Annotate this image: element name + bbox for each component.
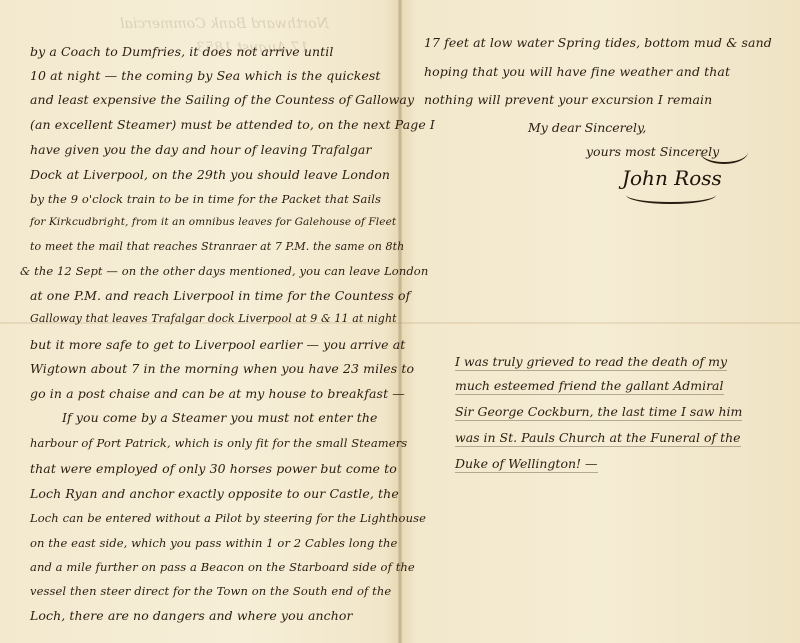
letter-line: by the 9 o'clock train to be in time for… — [30, 192, 381, 206]
letter-document: Northward Bank Commercial 17 August 1853… — [0, 0, 800, 643]
letter-line: nothing will prevent your excursion I re… — [424, 92, 712, 107]
postscript-line: Sir George Cockburn, the last time I saw… — [455, 404, 742, 421]
letter-line: and least expensive the Sailing of the C… — [30, 92, 414, 107]
postscript-line: I was truly grieved to read the death of… — [455, 354, 727, 371]
letter-line: If you come by a Steamer you must not en… — [62, 410, 378, 425]
right-page: 17 feet at low water Spring tides, botto… — [400, 0, 800, 643]
letter-line: that were employed of only 30 horses pow… — [30, 461, 397, 476]
letter-line: at one P.M. and reach Liverpool in time … — [30, 288, 410, 303]
letter-line: to meet the mail that reaches Stranraer … — [30, 240, 404, 253]
letter-line: on the east side, which you pass within … — [30, 536, 397, 550]
letter-line: by a Coach to Dumfries, it does not arri… — [30, 44, 333, 59]
letter-line: Wigtown about 7 in the morning when you … — [30, 361, 414, 376]
letter-line: (an excellent Steamer) must be attended … — [30, 117, 435, 132]
postscript-line: was in St. Pauls Church at the Funeral o… — [455, 430, 741, 447]
letter-line: vessel then steer direct for the Town on… — [30, 584, 391, 598]
letter-line: harbour of Port Patrick, which is only f… — [30, 436, 407, 450]
postscript-line: Duke of Wellington! — — [455, 456, 598, 473]
left-page: by a Coach to Dumfries, it does not arri… — [0, 0, 400, 643]
letter-line: go in a post chaise and can be at my hou… — [30, 386, 405, 401]
letter-line: Loch, there are no dangers and where you… — [30, 608, 353, 623]
letter-line: & the 12 Sept — on the other days mentio… — [20, 264, 428, 278]
letter-line: have given you the day and hour of leavi… — [30, 142, 372, 157]
letter-line: Loch Ryan and anchor exactly opposite to… — [30, 486, 399, 501]
letter-line: for Kirkcudbright, from it an omnibus le… — [30, 216, 396, 228]
signature-flourish — [626, 186, 716, 204]
letter-line: hoping that you will have fine weather a… — [424, 64, 730, 79]
postscript-line: much esteemed friend the gallant Admiral — [455, 378, 724, 395]
letter-line: 17 feet at low water Spring tides, botto… — [424, 35, 772, 50]
letter-line: and a mile further on pass a Beacon on t… — [30, 560, 415, 574]
letter-line: 10 at night — the coming by Sea which is… — [30, 68, 381, 83]
letter-line: Dock at Liverpool, on the 29th you shoul… — [30, 167, 390, 182]
letter-line: Galloway that leaves Trafalgar dock Live… — [30, 312, 397, 325]
letter-line: but it more safe to get to Liverpool ear… — [30, 337, 405, 352]
closing-flourish — [700, 140, 748, 164]
salutation: My dear Sincerely, — [528, 120, 646, 135]
letter-line: Loch can be entered without a Pilot by s… — [30, 511, 426, 525]
